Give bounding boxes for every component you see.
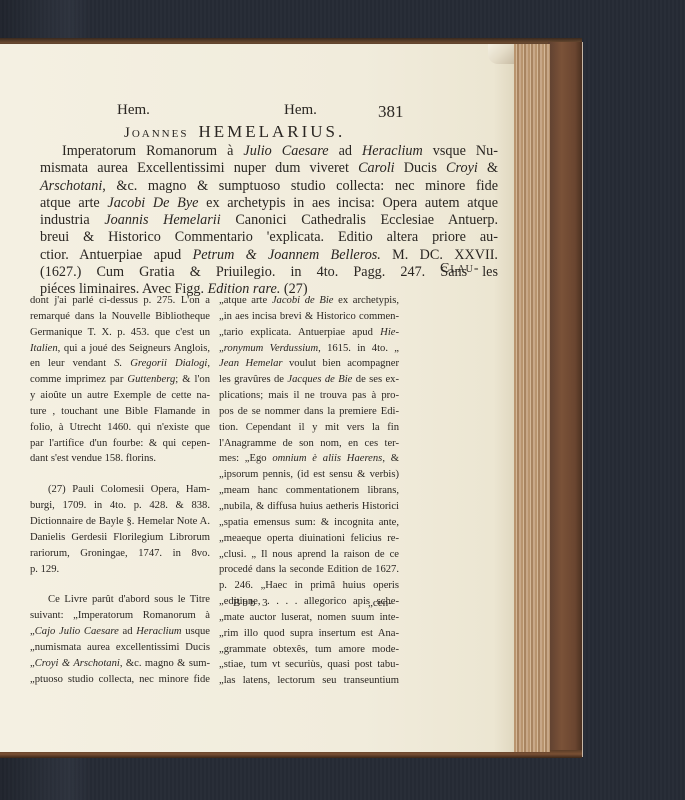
footnote-line: (27) Pauli Colomesii Opera, Ham- <box>30 482 210 498</box>
text-run: de ses ex- <box>352 374 399 385</box>
page-block-fore-edge <box>512 44 550 752</box>
text-run: „in aes incisa brevi & Historico commen- <box>219 311 399 322</box>
italic-text: Jean Hemelar <box>219 358 283 369</box>
footnote-line: Ce Livre parût d'abord sous le Titre <box>30 592 210 608</box>
text-run: (1627.) Cum Gratia & Priuilegio. in 4to.… <box>40 264 498 280</box>
text-run: „rim illo quod supra insertum est Ana- <box>219 628 399 639</box>
text-run: plications; mais il ne trouva pas à pro- <box>219 390 399 401</box>
body-line: industria Joannis Hemelarii Canonici Cat… <box>40 212 498 229</box>
italic-text: Jacques de Bie <box>287 374 352 385</box>
footnote-line: „meam hanc commentationem librans, <box>219 483 399 499</box>
footnote-line: comme imprimez par Guttenberg; & l'on <box>30 372 210 388</box>
italic-text: Croyi & Arschotani <box>35 658 120 669</box>
text-run: Dictionnaire de Bayle §. Hemelar Note A. <box>30 516 210 527</box>
text-run: y aioûte un autre Exemple de cette na- <box>30 390 210 401</box>
text-run: remarqué dans la Nouvelle Bibliotheque <box>30 311 210 322</box>
text-run: voulut bien acompagner <box>283 358 399 369</box>
text-run: p. 246. „Haec in primâ huius operis <box>219 580 399 591</box>
body-line: atque arte Jacobi De Bye ex archetypis i… <box>40 195 498 212</box>
footnote-line: les gravûres de Jacques de Bie de ses ex… <box>219 372 399 388</box>
text-run: usque <box>182 626 210 637</box>
body-line: Imperatorum Romanorum à Julio Caesare ad… <box>40 143 498 160</box>
italic-text: ronymum Verdussium <box>224 343 318 354</box>
footnote-line: „stiae, tum vt securiùs, quasi post tabu… <box>219 657 399 673</box>
text-run: l'Anagramme de son nom, en ces ter- <box>219 438 399 449</box>
italic-text: Hie- <box>380 327 399 338</box>
body-line: breui & Historico Commentario 'explicata… <box>40 229 498 246</box>
text-run: industria <box>40 212 104 228</box>
text-run: „stiae, tum vt securiùs, quasi post tabu… <box>219 659 399 670</box>
footnote-line: p. 129. <box>30 562 210 578</box>
footnote-line: „nubila, & diffusa huius aetheris Histor… <box>219 499 399 515</box>
footnote-line: mes: „Ego omnium è aliis Haerens, & <box>219 451 399 467</box>
text-run: „meam hanc commentationem librans, <box>219 485 399 496</box>
footnote-line: Dictionnaire de Bayle §. Hemelar Note A. <box>30 514 210 530</box>
text-run: burgi, 1709. in 4to. p. 428. & 838. <box>30 500 210 511</box>
text-run: rariorum, Groningae, 1747. in 8vo. <box>30 548 210 559</box>
page-corner-fold <box>488 44 514 64</box>
text-run: „tario explicata. Antuerpiae apud <box>219 327 380 338</box>
text-run: mes: „Ego <box>219 453 272 464</box>
footnote-line: „ptuoso studio collecta, nec minore fide <box>30 672 210 688</box>
entry-title-first-name: Joannes <box>124 125 188 141</box>
text-run: dant s'est vendue 158. florins. <box>30 453 156 464</box>
footnote-line: suivant: „Imperatorum Romanorum à <box>30 608 210 624</box>
text-run: en leur vendant <box>30 358 114 369</box>
body-line: Arschotani, &c. magno & sumptuoso studio… <box>40 178 498 195</box>
text-run: tion. Cependant il y mit vers la fin <box>219 422 399 433</box>
text-run: dont j'ai parlé ci-dessus p. 275. L'on a <box>30 295 210 306</box>
text-run: ex archetypis, <box>334 295 400 306</box>
italic-text: Italien <box>30 343 58 354</box>
footnote-line: „las latens, lectorum seu transeuntium <box>219 673 399 689</box>
footnote-line: l'Anagramme de son nom, en ces ter- <box>219 436 399 452</box>
running-head: Hem. Hem. 381 <box>0 102 514 124</box>
text-run: „ptuoso studio collecta, nec minore fide <box>30 674 210 685</box>
footnote-line: tion. Cependant il y mit vers la fin <box>219 420 399 436</box>
text-run: comme imprimez par <box>30 374 127 385</box>
text-run: , 1615. in 4to. „ <box>318 343 399 354</box>
text-run: , & <box>382 453 399 464</box>
text-run: ad <box>119 626 136 637</box>
footnote-paragraph: dont j'ai parlé ci-dessus p. 275. L'on a… <box>30 293 210 467</box>
text-run: suivant: „Imperatorum Romanorum à <box>30 610 210 621</box>
footnote-line: „spatia emensus sum: & incognita ante, <box>219 515 399 531</box>
text-run: „atque arte <box>219 295 272 306</box>
text-run: mismata aurea Excellentissimi nuper dum … <box>40 160 358 176</box>
footnote-column-right: „atque arte Jacobi de Bie ex archetypis,… <box>219 293 399 689</box>
text-run: les gravûres de <box>219 374 287 385</box>
text-run: ad <box>329 143 362 159</box>
italic-text: Cajo Julio Caesare <box>35 626 119 637</box>
footnote-line: „ipsorum pennis, (id est sensu & verbis) <box>219 467 399 483</box>
text-run: Imperatorum Romanorum à <box>62 143 243 159</box>
footnote-line: „Croyi & Arschotani, &c. magno & sum- <box>30 656 210 672</box>
italic-text: Arschotani <box>40 178 102 194</box>
text-run: „mate auctor luserat, nomen suum inte- <box>219 612 399 623</box>
footnote-line: p. 246. „Haec in primâ huius operis <box>219 578 399 594</box>
text-run: Germanique T. X. p. 453. que c'est un <box>30 327 210 338</box>
italic-text: Petrum & Joannem Belleros. <box>193 247 381 263</box>
italic-text: S. Gregorii Dialogi <box>114 358 207 369</box>
entry-body: Imperatorum Romanorum à Julio Caesare ad… <box>40 143 498 299</box>
text-run: „grammate obtexês, tum amore mode- <box>219 644 399 655</box>
text-run: Danielis Gerdesii Florilegium Librorum <box>30 532 210 543</box>
footnote-line: rariorum, Groningae, 1747. in 8vo. <box>30 546 210 562</box>
footnote-line: remarqué dans la Nouvelle Bibliotheque <box>30 309 210 325</box>
italic-text: Caroli <box>358 160 395 176</box>
footnote-line: „meaeque operta diuinationi felicius re- <box>219 531 399 547</box>
text-run: & <box>478 160 498 176</box>
italic-text: Croyi <box>446 160 478 176</box>
footnote-line: procedé dans la seconde Edition de 1627. <box>219 562 399 578</box>
running-head-left: Hem. <box>117 102 150 119</box>
footnote-line: ture , touchant une Bible Flamande in <box>30 404 210 420</box>
footnote-line: y aioûte un autre Exemple de cette na- <box>30 388 210 404</box>
body-line: ctior. Antuerpiae apud Petrum & Joannem … <box>40 247 498 264</box>
text-run: „las latens, lectorum seu transeuntium <box>219 675 399 686</box>
text-run: procedé dans la seconde Edition de 1627. <box>219 564 399 575</box>
footnote-line: „ronymum Verdussium, 1615. in 4to. „ <box>219 341 399 357</box>
footnote-line: plications; mais il ne trouva pas à pro- <box>219 388 399 404</box>
signature-mark: Bbb 3 <box>233 597 270 609</box>
footnote-line: „clusi. „ Il nous aprend la raison de ce <box>219 547 399 563</box>
book-cover-board <box>548 42 583 757</box>
footnote-paragraph: „atque arte Jacobi de Bie ex archetypis,… <box>219 293 399 689</box>
text-run: ctior. Antuerpiae apud <box>40 247 193 263</box>
running-head-center: Hem. <box>284 102 317 119</box>
footnote-line: burgi, 1709. in 4to. p. 428. & 838. <box>30 498 210 514</box>
text-run: „clusi. „ Il nous aprend la raison de ce <box>219 549 399 560</box>
main-catchword: Clau- <box>440 261 480 277</box>
footnote-line: Germanique T. X. p. 453. que c'est un <box>30 325 210 341</box>
footnote-line: „numismata aurea excellentissimi Ducis <box>30 640 210 656</box>
text-run: ex archetypis in aes incisa: Opera autem… <box>198 195 498 211</box>
footnote-line: „in aes incisa brevi & Historico commen- <box>219 309 399 325</box>
text-run: Canonici Cathedralis Ecclesiae Antuerp. <box>221 212 498 228</box>
footnote-line: Italien, qui a joué des Seigneurs Angloi… <box>30 341 210 357</box>
footnote-line: par l'artifice d'un fourbe: & qui cepen- <box>30 436 210 452</box>
text-run: „meaeque operta diuinationi felicius re- <box>219 533 399 544</box>
footnote-paragraph: (27) Pauli Colomesii Opera, Ham-burgi, 1… <box>30 482 210 577</box>
footnote-paragraph: Ce Livre parût d'abord sous le Titresuiv… <box>30 592 210 687</box>
footnote-line: Danielis Gerdesii Florilegium Librorum <box>30 530 210 546</box>
body-line: (1627.) Cum Gratia & Priuilegio. in 4to.… <box>40 264 498 281</box>
text-run: „spatia emensus sum: & incognita ante, <box>219 517 399 528</box>
italic-text: Jacobi De Bye <box>107 195 198 211</box>
footnote-line: „Cajo Julio Caesare ad Heraclium usque <box>30 624 210 640</box>
footnote-catchword: „cen- <box>368 597 392 609</box>
footnote-line: „tario explicata. Antuerpiae apud Hie- <box>219 325 399 341</box>
text-run: pos de se nommer dans la premiere Edi- <box>219 406 399 417</box>
entry-title: Joannes HEMELARIUS. <box>124 122 345 142</box>
text-run: atque arte <box>40 195 107 211</box>
italic-text: omnium è aliis Haerens <box>272 453 382 464</box>
italic-text: Guttenberg <box>127 374 175 385</box>
text-run: , &c. magno & sumptuoso studio collecta:… <box>102 178 498 194</box>
italic-text: Heraclium <box>136 626 181 637</box>
text-run: Ducis <box>395 160 446 176</box>
footnote-line: „rim illo quod supra insertum est Ana- <box>219 626 399 642</box>
footnote-line: dont j'ai parlé ci-dessus p. 275. L'on a <box>30 293 210 309</box>
text-run: ture , touchant une Bible Flamande in <box>30 406 210 417</box>
italic-text: Julio Caesare <box>243 143 328 159</box>
text-run: , <box>207 358 210 369</box>
text-run: vsque Nu- <box>423 143 498 159</box>
footnote-line: pos de se nommer dans la premiere Edi- <box>219 404 399 420</box>
footnote-line: en leur vendant S. Gregorii Dialogi, <box>30 356 210 372</box>
text-run: Ce Livre parût d'abord sous le Titre <box>48 594 210 605</box>
footnote-column-left: dont j'ai parlé ci-dessus p. 275. L'on a… <box>30 293 210 687</box>
italic-text: Jacobi de Bie <box>272 295 334 306</box>
footnote-line: „grammate obtexês, tum amore mode- <box>219 642 399 658</box>
text-run: „nubila, & diffusa huius aetheris Histor… <box>219 501 399 512</box>
page-number: 381 <box>378 102 404 122</box>
footnote-line: „atque arte Jacobi de Bie ex archetypis, <box>219 293 399 309</box>
footnote-line: „mate auctor luserat, nomen suum inte- <box>219 610 399 626</box>
entry-title-surname: HEMELARIUS. <box>198 122 345 141</box>
text-run: ; & l'on <box>175 374 210 385</box>
italic-text: Joannis Hemelarii <box>104 212 220 228</box>
footnote-line: Jean Hemelar voulut bien acompagner <box>219 356 399 372</box>
text-run: par l'artifice d'un fourbe: & qui cepen- <box>30 438 210 449</box>
body-line: mismata aurea Excellentissimi nuper dum … <box>40 160 498 177</box>
text-run: (27) Pauli Colomesii Opera, Ham- <box>48 484 210 495</box>
text-run: folio, à Utrecht 1460. qui n'existe que <box>30 422 210 433</box>
footnote-line: folio, à Utrecht 1460. qui n'existe que <box>30 420 210 436</box>
text-run: breui & Historico Commentario 'explicata… <box>40 229 498 245</box>
text-run: p. 129. <box>30 564 59 575</box>
footnote-line: dant s'est vendue 158. florins. <box>30 451 210 467</box>
text-run: , &c. magno & sum- <box>120 658 210 669</box>
text-run: , qui a joué des Seigneurs Anglois, <box>58 343 210 354</box>
italic-text: Heraclium <box>362 143 423 159</box>
text-run: „numismata aurea excellentissimi Ducis <box>30 642 210 653</box>
text-run: „ipsorum pennis, (id est sensu & verbis) <box>219 469 399 480</box>
